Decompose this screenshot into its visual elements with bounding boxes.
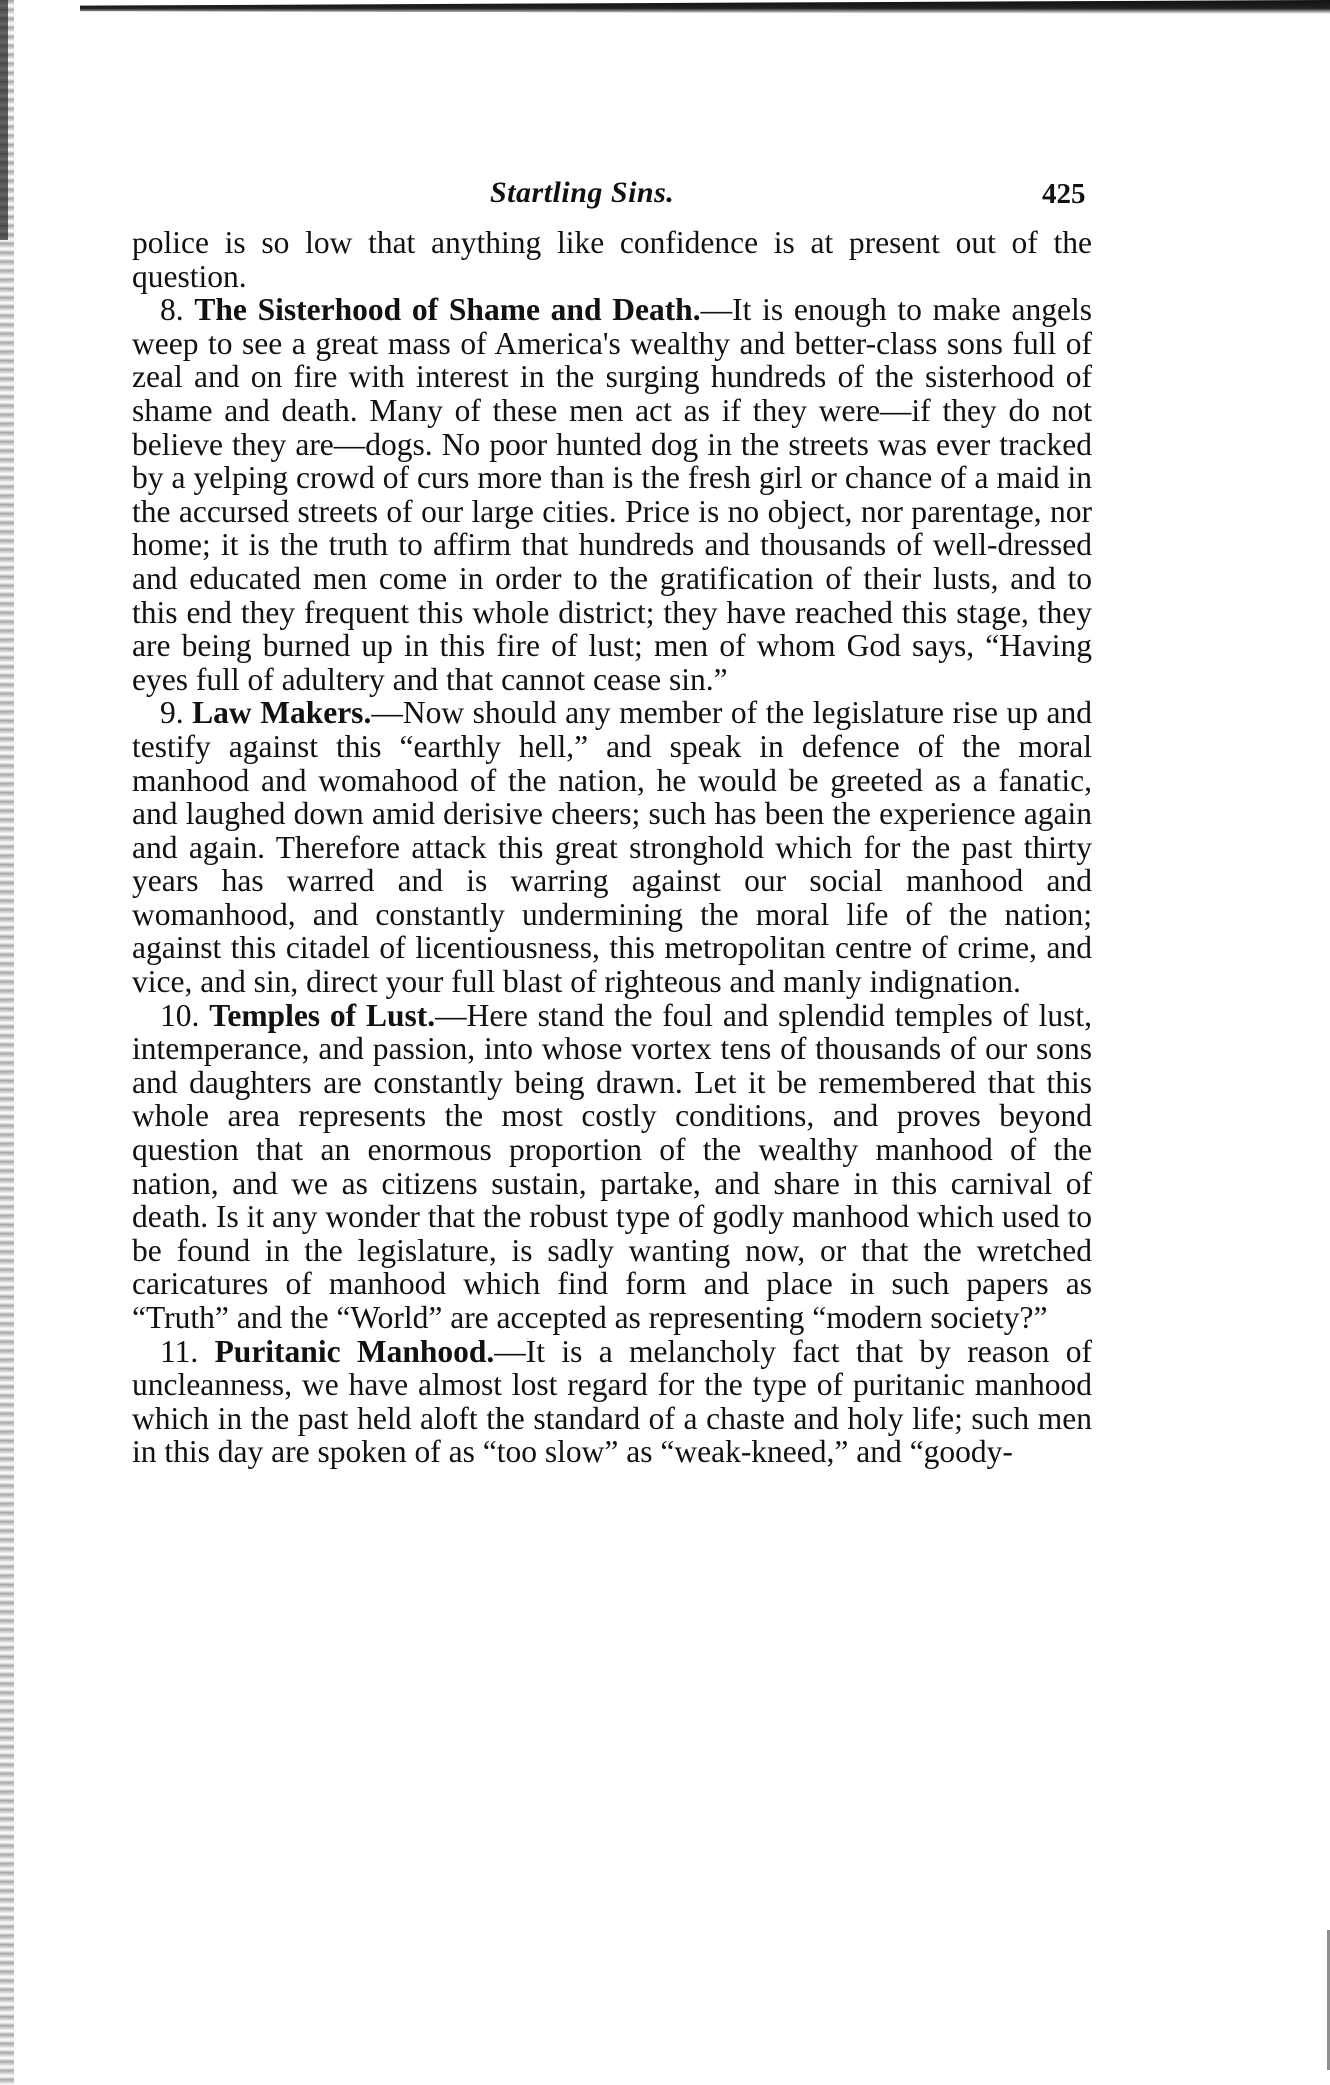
paragraph-number: 10. xyxy=(160,998,199,1033)
book-page: Startling Sins. 425 police is so low tha… xyxy=(132,176,1092,1469)
paragraph-heading: The Sisterhood of Shame and Death. xyxy=(194,292,700,327)
body-text: police is so low that anything like conf… xyxy=(132,226,1092,1469)
paragraph-puritanic-manhood: 11. Puritanic Manhood.—It is a melanchol… xyxy=(132,1335,1092,1469)
running-title: Startling Sins. xyxy=(490,176,674,210)
paragraph-text: —It is enough to make angels weep to see… xyxy=(132,292,1092,697)
running-head: Startling Sins. 425 xyxy=(132,176,1092,226)
page-number: 425 xyxy=(1042,178,1086,211)
paragraph-heading: Puritanic Manhood. xyxy=(215,1334,495,1369)
paragraph-text: police is so low that anything like conf… xyxy=(132,225,1092,294)
paragraph-number: 8. xyxy=(160,292,184,327)
paragraph-heading: Law Makers. xyxy=(192,695,371,730)
paragraph-heading: Temples of Lust. xyxy=(209,998,435,1033)
scan-left-edge xyxy=(0,0,14,2085)
paragraph-text: —Here stand the foul and splendid temple… xyxy=(132,998,1092,1335)
paragraph-temples-of-lust: 10. Temples of Lust.—Here stand the foul… xyxy=(132,999,1092,1335)
paragraph-continuation: police is so low that anything like conf… xyxy=(132,226,1092,293)
paragraph-sisterhood: 8. The Sisterhood of Shame and Death.—It… xyxy=(132,293,1092,696)
scan-top-edge xyxy=(80,0,1330,14)
paragraph-number: 9. xyxy=(160,695,184,730)
paragraph-law-makers: 9. Law Makers.—Now should any member of … xyxy=(132,696,1092,998)
paragraph-number: 11. xyxy=(160,1334,198,1369)
paragraph-text: —Now should any member of the legislatur… xyxy=(132,695,1092,999)
scan-left-edge-shadow xyxy=(0,0,8,240)
